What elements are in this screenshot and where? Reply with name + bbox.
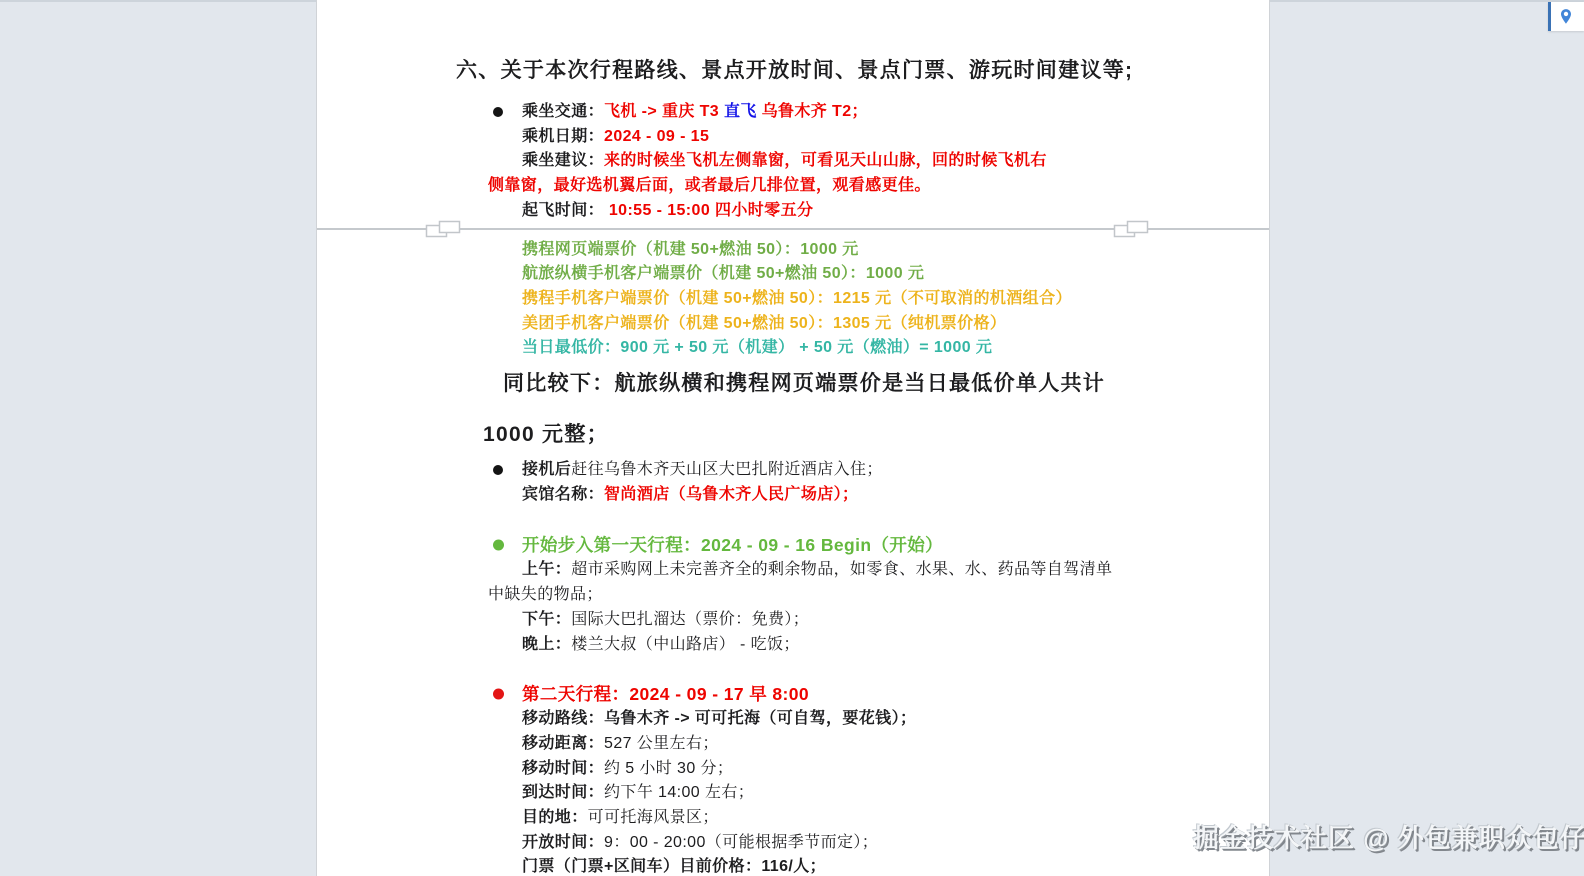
text-segment: 航旅纵横手机客户端票价（机建 50+燃油 50）：1000 元: [522, 265, 924, 282]
day1-evening-line: 晚上：楼兰大叔（中山路店） - 吃饭；: [317, 633, 1269, 658]
text-segment: 下午：: [522, 611, 571, 628]
text-segment: 527 公里左右；: [604, 735, 719, 752]
bullet-marker: [493, 465, 503, 475]
price-ctrip-app-line: 携程手机客户端票价（机建 50+燃油 50）：1215 元（不可取消的机酒组合）: [317, 287, 1269, 312]
day2-header-line: 第二天行程：2024 - 09 - 17 早 8:00: [317, 681, 1269, 707]
price-umetrip-line: 航旅纵横手机客户端票价（机建 50+燃油 50）：1000 元: [317, 262, 1269, 287]
text-segment: 上午：: [522, 561, 571, 578]
page-break-marker-left: [425, 220, 461, 239]
text-segment: 超市采购网上未完善齐全的剩余物品，如零食、水果、水、药品等自驾清单: [571, 561, 1112, 578]
bullet-marker: [493, 689, 504, 700]
day1-header-line: 开始步入第一天行程：2024 - 09 - 16 Begin（开始）: [317, 532, 1269, 558]
text-segment: 中缺失的物品；: [488, 586, 603, 603]
text-segment: 携程网页端票价（机建 50+燃油 50）：1000 元: [522, 241, 859, 258]
text-segment: 飞机 -> 重庆 T3: [604, 103, 724, 120]
app-root: { "ui": { "watermark": "掘金技术社区 @ 外包兼职众包仔…: [0, 0, 1584, 876]
text-segment: 目的地：: [522, 809, 588, 826]
day1-morning-wrap-line: 中缺失的物品；: [317, 583, 1269, 608]
doc-lines: 六、关于本次行程路线、景点开放时间、景点门票、游玩时间建议等;乘坐交通：飞机 -…: [317, 0, 1269, 876]
text-segment: 赶往乌鲁木齐天山区大巴扎附近酒店入住；: [571, 461, 883, 478]
bullet-marker: [493, 540, 504, 551]
text-segment: 智尚酒店（乌鲁木齐人民广场店）；: [604, 486, 858, 503]
text-segment: 门票（门票+区间车）目前价格：: [522, 858, 761, 875]
flight-date-line: 乘机日期：2024 - 09 - 15: [317, 125, 1269, 150]
text-segment: 9：00 - 20:00（可能根据季节而定）；: [604, 834, 878, 851]
page-break-marker-right: [1113, 220, 1149, 239]
text-segment: 接机后: [522, 461, 571, 478]
seat-advice-line: 乘坐建议：来的时候坐飞机左侧靠窗，可看见天山山脉，回的时候飞机右: [317, 149, 1269, 174]
text-segment: 2024 - 09 - 15: [604, 128, 709, 145]
text-segment: 乌鲁木齐 T2；: [762, 103, 868, 120]
text-segment: 晚上：: [522, 636, 571, 653]
transport-line: 乘坐交通：飞机 -> 重庆 T3 直飞 乌鲁木齐 T2；: [317, 100, 1269, 125]
day1-morning-line: 上午：超市采购网上未完善齐全的剩余物品，如零食、水果、水、药品等自驾清单: [317, 558, 1269, 583]
text-segment: 乌鲁木齐 -> 可可托海（可自驾，要花钱）；: [604, 710, 916, 727]
day2-destination-line: 目的地：可可托海风景区；: [317, 806, 1269, 831]
text-segment: 侧靠窗，最好选机翼后面，或者最后几排位置，观看感更佳。: [488, 177, 931, 194]
day2-route-line: 移动路线：乌鲁木齐 -> 可可托海（可自驾，要花钱）；: [317, 707, 1269, 732]
text-segment: 直飞: [724, 103, 762, 120]
text-segment: 同比较下：航旅纵横和携程网页端票价是当日最低价单人共计: [503, 372, 1105, 395]
text-segment: 美团手机客户端票价（机建 50+燃油 50）：1305 元（纯机票价格）: [522, 315, 1006, 332]
text-segment: 携程手机客户端票价（机建 50+燃油 50）：1215 元（不可取消的机酒组合）: [522, 290, 1072, 307]
text-segment: 第二天行程：2024 - 09 - 17 早 8:00: [522, 684, 809, 704]
document-page[interactable]: 六、关于本次行程路线、景点开放时间、景点门票、游玩时间建议等;乘坐交通：飞机 -…: [316, 0, 1270, 876]
pin-widget-accent-bar: [1548, 2, 1551, 31]
day2-duration-line: 移动时间：约 5 小时 30 分；: [317, 757, 1269, 782]
text-segment: 约 5 小时 30 分；: [604, 760, 733, 777]
text-segment: 来的时候坐飞机左侧靠窗，可看见天山山脉，回的时候飞机右: [604, 152, 1047, 169]
day2-ticket-line: 门票（门票+区间车）目前价格：116/人；: [317, 855, 1269, 876]
map-pin-icon: [1556, 7, 1576, 27]
text-segment: 国际大巴扎溜达（票价：免费）；: [571, 611, 809, 628]
text-segment: 六、关于本次行程路线、景点开放时间、景点门票、游玩时间建议等;: [456, 59, 1133, 82]
text-segment: 乘坐交通：: [522, 103, 604, 120]
text-segment: 到达时间：: [522, 784, 604, 801]
seat-advice-wrap-line: 侧靠窗，最好选机翼后面，或者最后几排位置，观看感更佳。: [317, 174, 1269, 199]
text-segment: 当日最低价：900 元 + 50 元（机建） + 50 元（燃油）= 1000 …: [522, 339, 992, 356]
text-segment: 移动时间：: [522, 760, 604, 777]
day2-arrival-line: 到达时间：约下午 14:00 左右；: [317, 781, 1269, 806]
price-ctrip-web-line: 携程网页端票价（机建 50+燃油 50）：1000 元: [317, 238, 1269, 263]
text-segment: 移动路线：: [522, 710, 604, 727]
text-segment: 可可托海风景区；: [588, 809, 719, 826]
text-segment: 116/人；: [761, 858, 826, 875]
hotel-transfer-line: 接机后赶往乌鲁木齐天山区大巴扎附近酒店入住；: [317, 458, 1269, 483]
text-segment: 移动距离：: [522, 735, 604, 752]
price-meituan-line: 美团手机客户端票价（机建 50+燃油 50）：1305 元（纯机票价格）: [317, 312, 1269, 337]
text-segment: 10:55 - 15:00 四小时零五分: [609, 202, 814, 219]
compare-summary-line-1: 同比较下：航旅纵横和携程网页端票价是当日最低价单人共计: [317, 369, 1269, 399]
hotel-name-line: 宾馆名称：智尚酒店（乌鲁木齐人民广场店）；: [317, 483, 1269, 508]
day2-opening-line: 开放时间：9：00 - 20:00（可能根据季节而定）；: [317, 831, 1269, 856]
compare-summary-line-2: 1000 元整；: [317, 420, 1269, 450]
pin-widget-button[interactable]: [1548, 2, 1584, 31]
day1-afternoon-line: 下午：国际大巴扎溜达（票价：免费）；: [317, 608, 1269, 633]
text-segment: 乘坐建议：: [522, 152, 604, 169]
text-segment: 乘机日期：: [522, 128, 604, 145]
text-segment: 起飞时间：: [522, 202, 609, 219]
text-segment: 约下午 14:00 左右；: [604, 784, 754, 801]
text-segment: 宾馆名称：: [522, 486, 604, 503]
price-lowest-line: 当日最低价：900 元 + 50 元（机建） + 50 元（燃油）= 1000 …: [317, 336, 1269, 361]
text-segment: 开放时间：: [522, 834, 604, 851]
text-segment: 1000 元整；: [483, 423, 609, 446]
day2-distance-line: 移动距离：527 公里左右；: [317, 732, 1269, 757]
text-segment: 开始步入第一天行程：2024 - 09 - 16 Begin（开始）: [522, 535, 943, 555]
bullet-marker: [493, 107, 503, 117]
text-segment: 楼兰大叔（中山路店） - 吃饭；: [571, 636, 800, 653]
doc-title: 六、关于本次行程路线、景点开放时间、景点门票、游玩时间建议等;: [317, 56, 1269, 86]
